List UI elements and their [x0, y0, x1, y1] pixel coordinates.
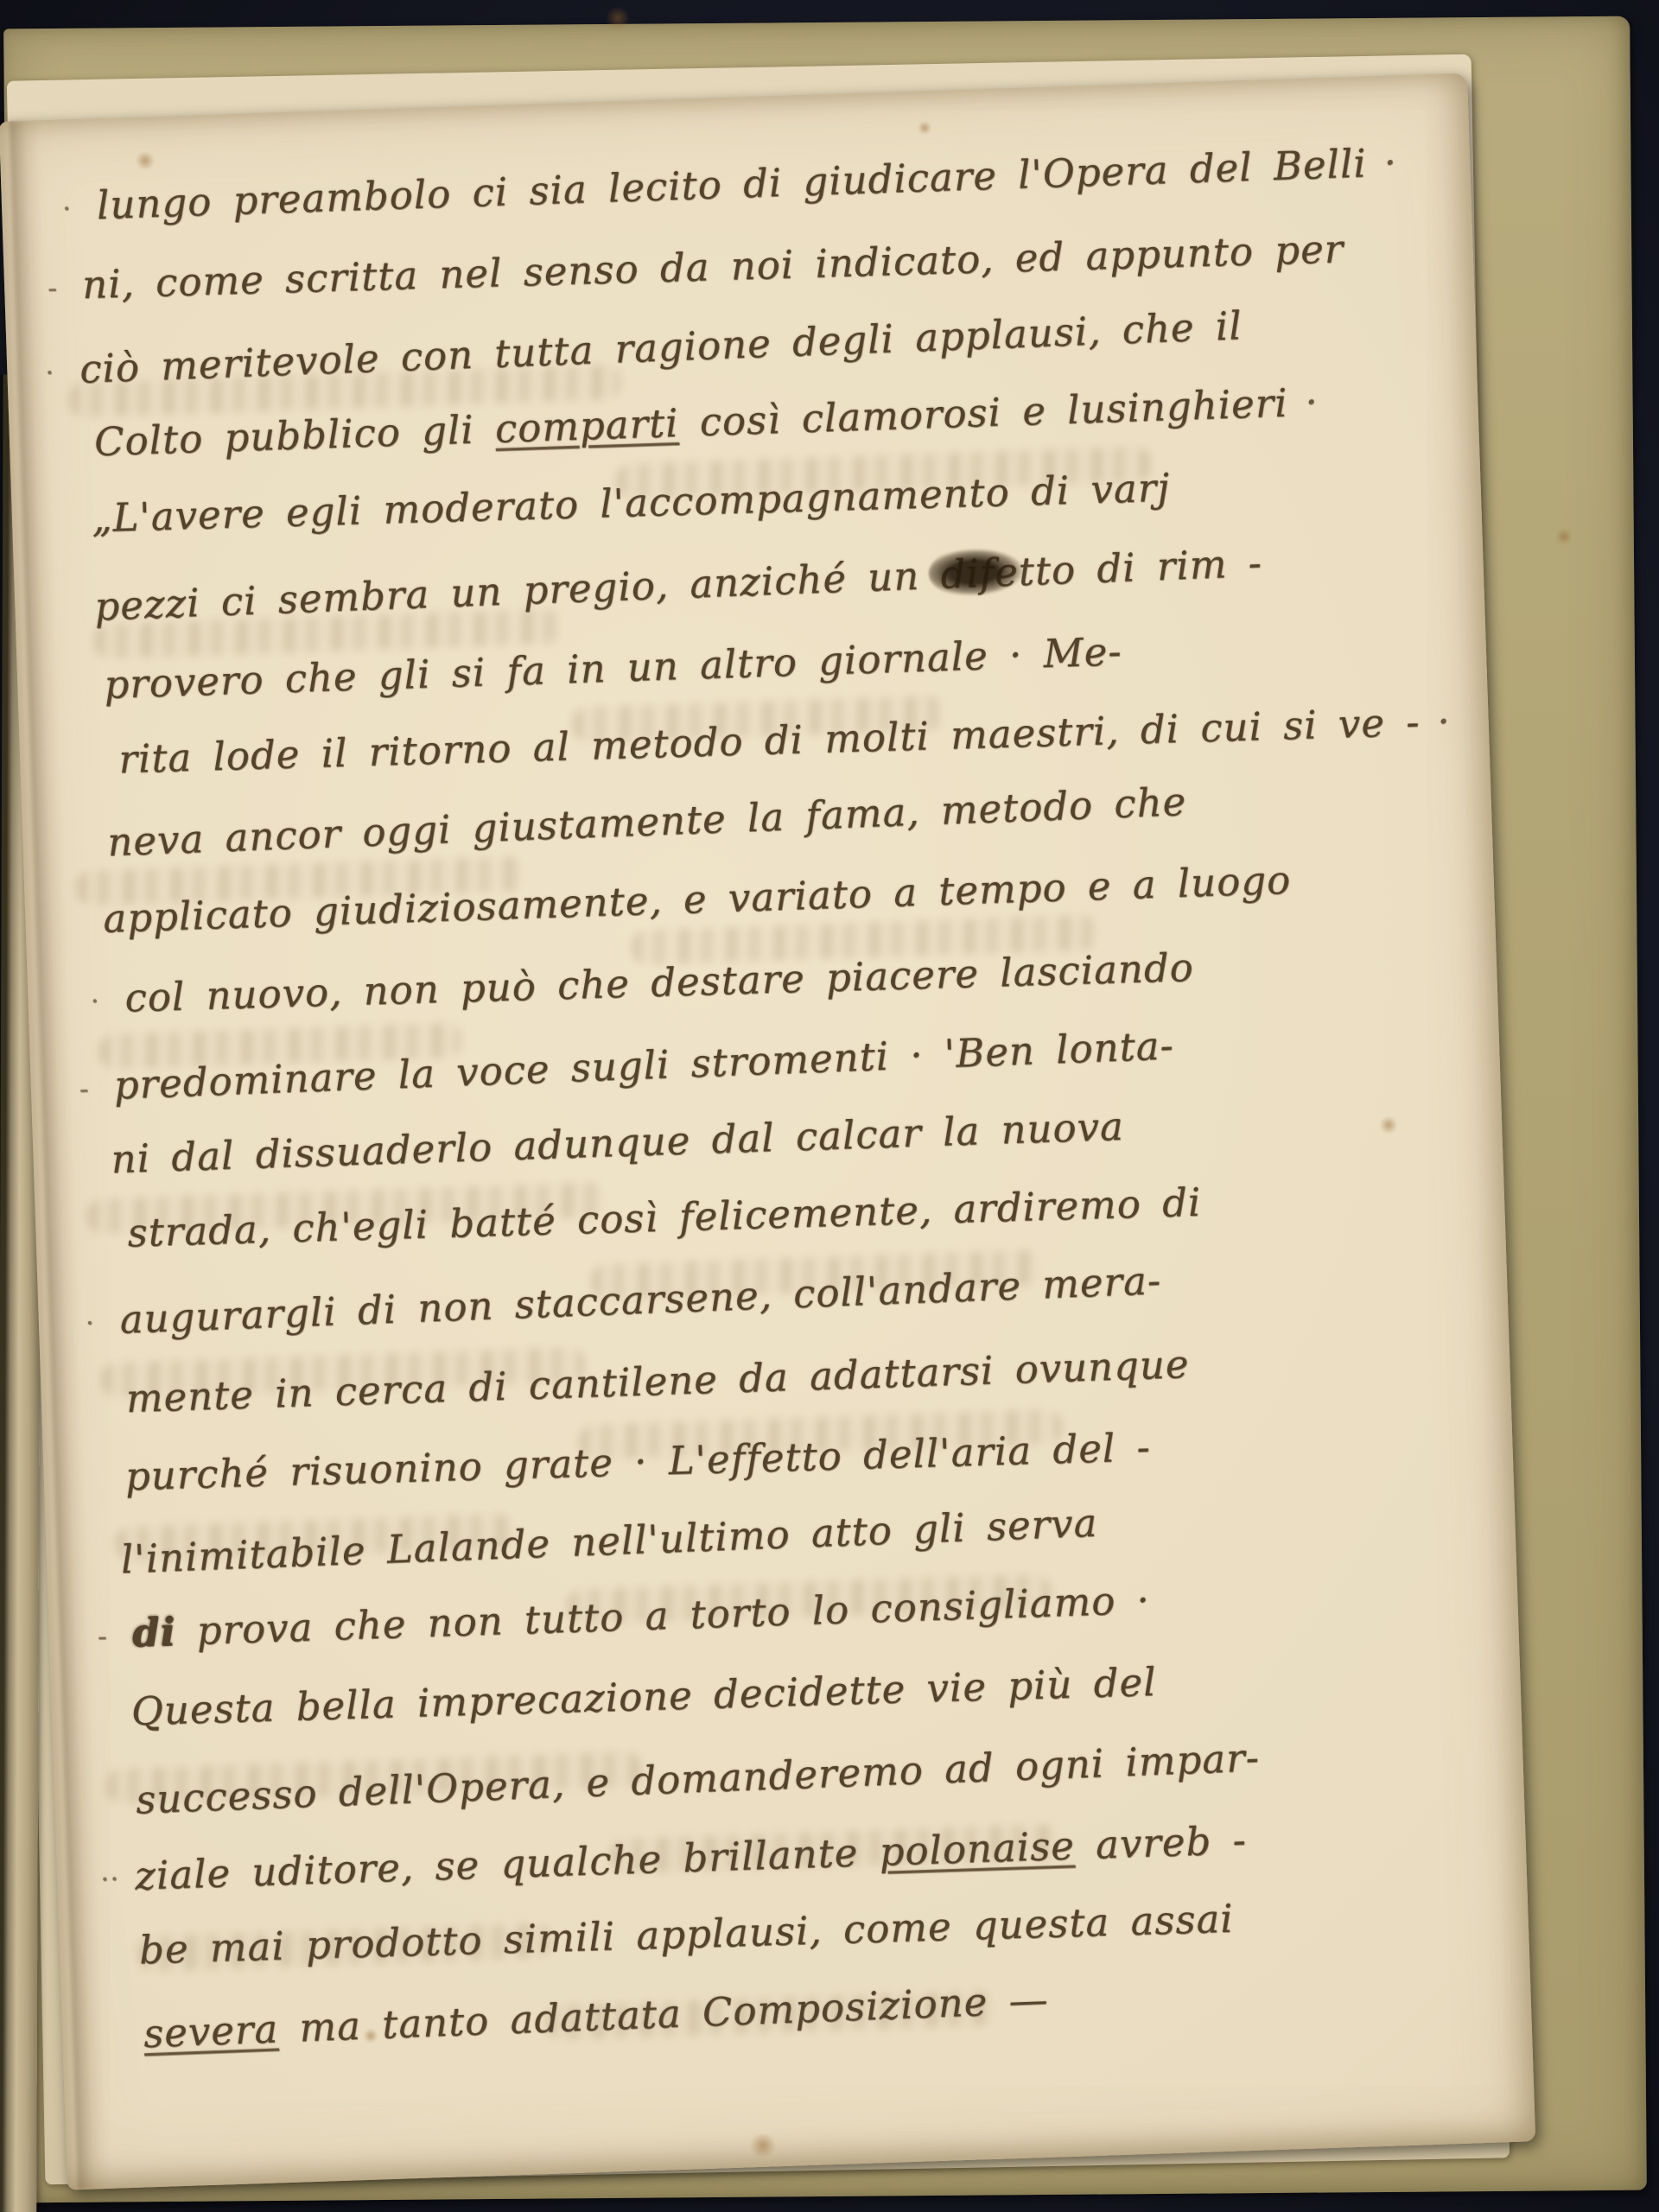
margin-mark: - — [48, 271, 59, 304]
text-segment: · — [1437, 698, 1452, 744]
margin-mark: - — [97, 1619, 108, 1652]
text-segment: · — [1383, 139, 1398, 185]
manuscript-photo: ·lungo preambolo ci sia lecito di giudic… — [0, 0, 1659, 2212]
text-segment: · — [1305, 378, 1319, 424]
margin-mark: - — [79, 1072, 90, 1105]
text-segment: avreb - — [1074, 1817, 1248, 1868]
manuscript-page: ·lungo preambolo ci sia lecito di giudic… — [0, 73, 1535, 2190]
text-segment: di rim - — [1075, 540, 1263, 593]
foxing-spot — [135, 152, 156, 169]
underlined-word: severa — [143, 2005, 279, 2056]
underlined-word: comparti — [494, 400, 679, 452]
foxing-spot — [605, 7, 631, 29]
foxing-spot — [918, 121, 931, 135]
foxing-spot — [748, 2134, 778, 2157]
foxing-spot — [1379, 1116, 1398, 1134]
margin-mark: · — [62, 192, 73, 225]
margin-mark: ·· — [100, 1862, 121, 1896]
underlined-word: polonaise — [879, 1822, 1076, 1874]
margin-mark: · — [45, 356, 56, 389]
manuscript-text: ·lungo preambolo ci sia lecito di giudic… — [72, 74, 1481, 2089]
ink-blot-word: difetto — [939, 547, 1077, 598]
margin-mark: · — [90, 984, 100, 1017]
text-segment: lungo preambolo ci sia lecito di giudica… — [96, 140, 1367, 228]
foxing-spot — [1555, 529, 1573, 544]
text-segment: di — [131, 1609, 176, 1656]
foxing-spot — [363, 2029, 378, 2043]
margin-mark: · — [85, 1306, 96, 1339]
